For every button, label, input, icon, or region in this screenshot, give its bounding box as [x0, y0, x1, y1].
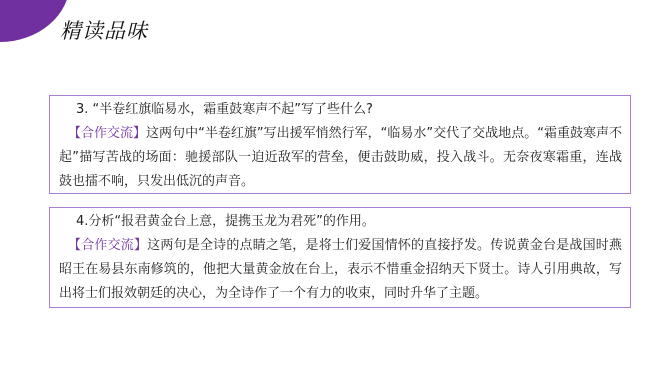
- page-title: 精读品味: [60, 17, 148, 45]
- discussion-tag: 【合作交流】: [68, 126, 146, 141]
- discussion-tag: 【合作交流】: [68, 238, 147, 253]
- answer-paragraph: 【合作交流】这两句中“半卷红旗”写出援军悄然行军，“临易水”交代了交战地点。“霜…: [59, 122, 622, 194]
- question-text: 4.分析“报君黄金台上意，提携玉龙为君死”的作用。: [59, 210, 622, 234]
- question-card-4: 4.分析“报君黄金台上意，提携玉龙为君死”的作用。 【合作交流】这两句是全诗的点…: [49, 207, 631, 308]
- question-text: 3. “半卷红旗临易水，霜重鼓寒声不起”写了些什么?: [59, 98, 622, 122]
- answer-paragraph: 【合作交流】这两句是全诗的点睛之笔，是将士们爱国情怀的直接抒发。传说黄金台是战国…: [59, 234, 622, 306]
- question-card-3: 3. “半卷红旗临易水，霜重鼓寒声不起”写了些什么? 【合作交流】这两句中“半卷…: [49, 95, 631, 194]
